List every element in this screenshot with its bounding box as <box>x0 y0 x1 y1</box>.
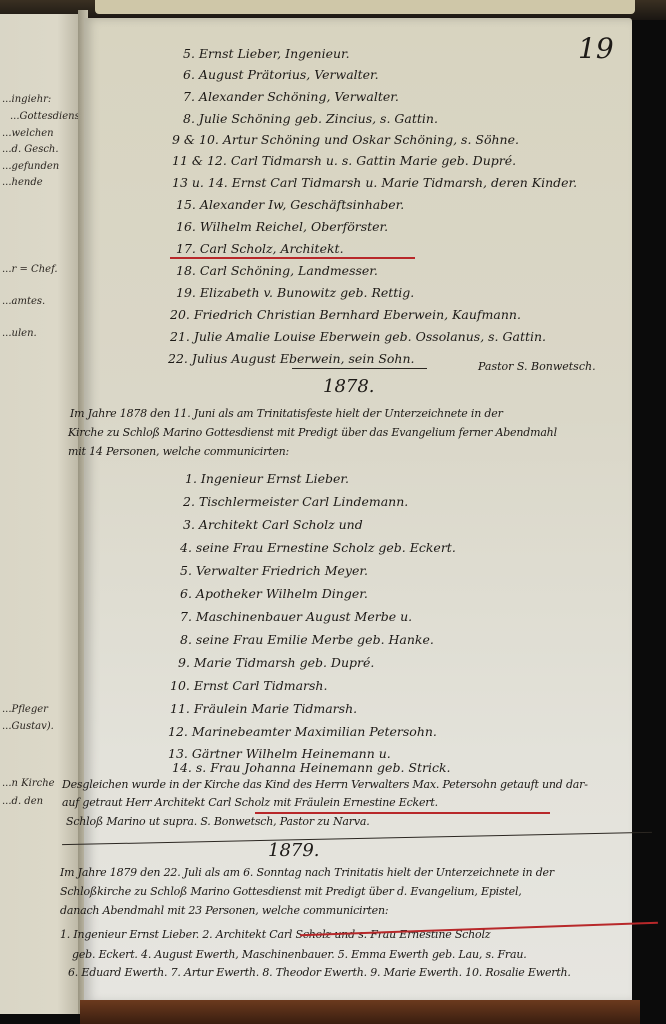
list-item: 14. s. Frau Johanna Heinemann geb. Stric… <box>172 760 451 775</box>
page-behind <box>95 0 635 14</box>
list-item: 9 & 10. Artur Schöning und Oskar Schönin… <box>172 132 519 147</box>
list-item: 5. Ernst Lieber, Ingenieur. <box>183 46 350 61</box>
list-item: 1. Ingenieur Ernst Lieber. <box>185 471 349 486</box>
list-item: 20. Friedrich Christian Bernhard Eberwei… <box>170 307 521 322</box>
left-fragment: ...amtes. <box>2 296 45 307</box>
list-item: 18. Carl Schöning, Landmesser. <box>176 263 378 278</box>
page-number: 19 <box>578 32 614 65</box>
list-item: 11. Fräulein Marie Tidmarsh. <box>170 701 357 716</box>
list-item-highlighted: 17. Carl Scholz, Architekt. <box>176 241 344 256</box>
paragraph-line: Schloß Marino ut supra. S. Bonwetsch, Pa… <box>66 815 370 828</box>
list-item: 8. Julie Schöning geb. Zincius, s. Gatti… <box>183 111 438 126</box>
left-fragment: ...r = Chef. <box>2 264 58 275</box>
left-fragment: ...ulen. <box>2 328 37 339</box>
list-item: 13. Gärtner Wilhelm Heinemann u. <box>168 746 391 761</box>
left-fragment: ...Gustav). <box>2 721 54 732</box>
paragraph-line: mit 14 Personen, welche communicirten: <box>68 445 289 458</box>
list-item: 9. Marie Tidmarsh geb. Dupré. <box>178 655 374 670</box>
paragraph-line: danach Abendmahl mit 23 Personen, welche… <box>60 904 388 917</box>
paragraph-line: Schloßkirche zu Schloß Marino Gottesdien… <box>60 885 522 898</box>
list-item: 13 u. 14. Ernst Carl Tidmarsh u. Marie T… <box>172 175 577 190</box>
list-item: 6. Apotheker Wilhelm Dinger. <box>180 586 368 601</box>
left-fragment: ...welchen <box>2 128 54 139</box>
list-item: 19. Elizabeth v. Bunowitz geb. Rettig. <box>176 285 414 300</box>
list-item: 2. Tischlermeister Carl Lindemann. <box>183 494 408 509</box>
left-fragment: ...Gottesdienst <box>10 111 84 122</box>
paragraph-line: geb. Eckert. 4. August Ewerth, Maschinen… <box>72 948 527 961</box>
paragraph-line: Kirche zu Schloß Marino Gottesdienst mit… <box>68 426 557 439</box>
book-cover-edge <box>80 1000 640 1024</box>
left-fragment: ...ingiehr: <box>2 94 51 105</box>
year-heading-1879: 1879. <box>268 840 320 861</box>
left-fragment: ...d. den <box>2 796 43 807</box>
year-heading-1878: 1878. <box>323 376 375 397</box>
left-fragment: ...n Kirche <box>2 778 55 789</box>
list-item: 21. Julie Amalie Louise Eberwein geb. Os… <box>170 329 546 344</box>
list-item: 10. Ernst Carl Tidmarsh. <box>170 678 327 693</box>
left-fragment: ...hende <box>2 177 43 188</box>
paragraph-line: Im Jahre 1878 den 11. Juni als am Trinit… <box>70 407 503 420</box>
list-item: 6. August Prätorius, Verwalter. <box>183 67 379 82</box>
paragraph-line: Im Jahre 1879 den 22. Juli als am 6. Son… <box>60 866 554 879</box>
red-underline <box>255 812 550 814</box>
list-item: 7. Alexander Schöning, Verwalter. <box>183 89 399 104</box>
list-item: 22. Julius August Eberwein, sein Sohn. <box>168 351 415 366</box>
register-photograph: ...ingiehr: ...Gottesdienst ...welchen .… <box>0 0 666 1024</box>
left-fragment: ...d. Gesch. <box>2 144 59 155</box>
left-fragment: ...gefunden <box>2 161 59 172</box>
left-fragment: ...Pfleger <box>2 704 48 715</box>
pastor-signature: Pastor S. Bonwetsch. <box>478 360 596 373</box>
left-page: ...ingiehr: ...Gottesdienst ...welchen .… <box>0 14 82 1014</box>
paragraph-line: 6. Eduard Ewerth. 7. Artur Ewerth. 8. Th… <box>68 966 571 979</box>
list-item: 5. Verwalter Friedrich Meyer. <box>180 563 368 578</box>
red-underline <box>170 257 415 259</box>
list-item: 8. seine Frau Emilie Merbe geb. Hanke. <box>180 632 434 647</box>
list-item: 12. Marinebeamter Maximilian Petersohn. <box>168 724 437 739</box>
list-item: 16. Wilhelm Reichel, Oberförster. <box>176 219 388 234</box>
paragraph-line-highlighted: auf getraut Herr Architekt Carl Scholz m… <box>62 796 438 809</box>
list-item: 7. Maschinenbauer August Merbe u. <box>180 609 412 624</box>
list-item: 15. Alexander Iw, Geschäftsinhaber. <box>176 197 404 212</box>
paragraph-line: Desgleichen wurde in der Kirche das Kind… <box>62 778 588 791</box>
list-item: 11 & 12. Carl Tidmarsh u. s. Gattin Mari… <box>172 153 516 168</box>
list-item: 4. seine Frau Ernestine Scholz geb. Ecke… <box>180 540 456 555</box>
list-item: 3. Architekt Carl Scholz und <box>183 517 363 532</box>
underline <box>292 368 427 369</box>
